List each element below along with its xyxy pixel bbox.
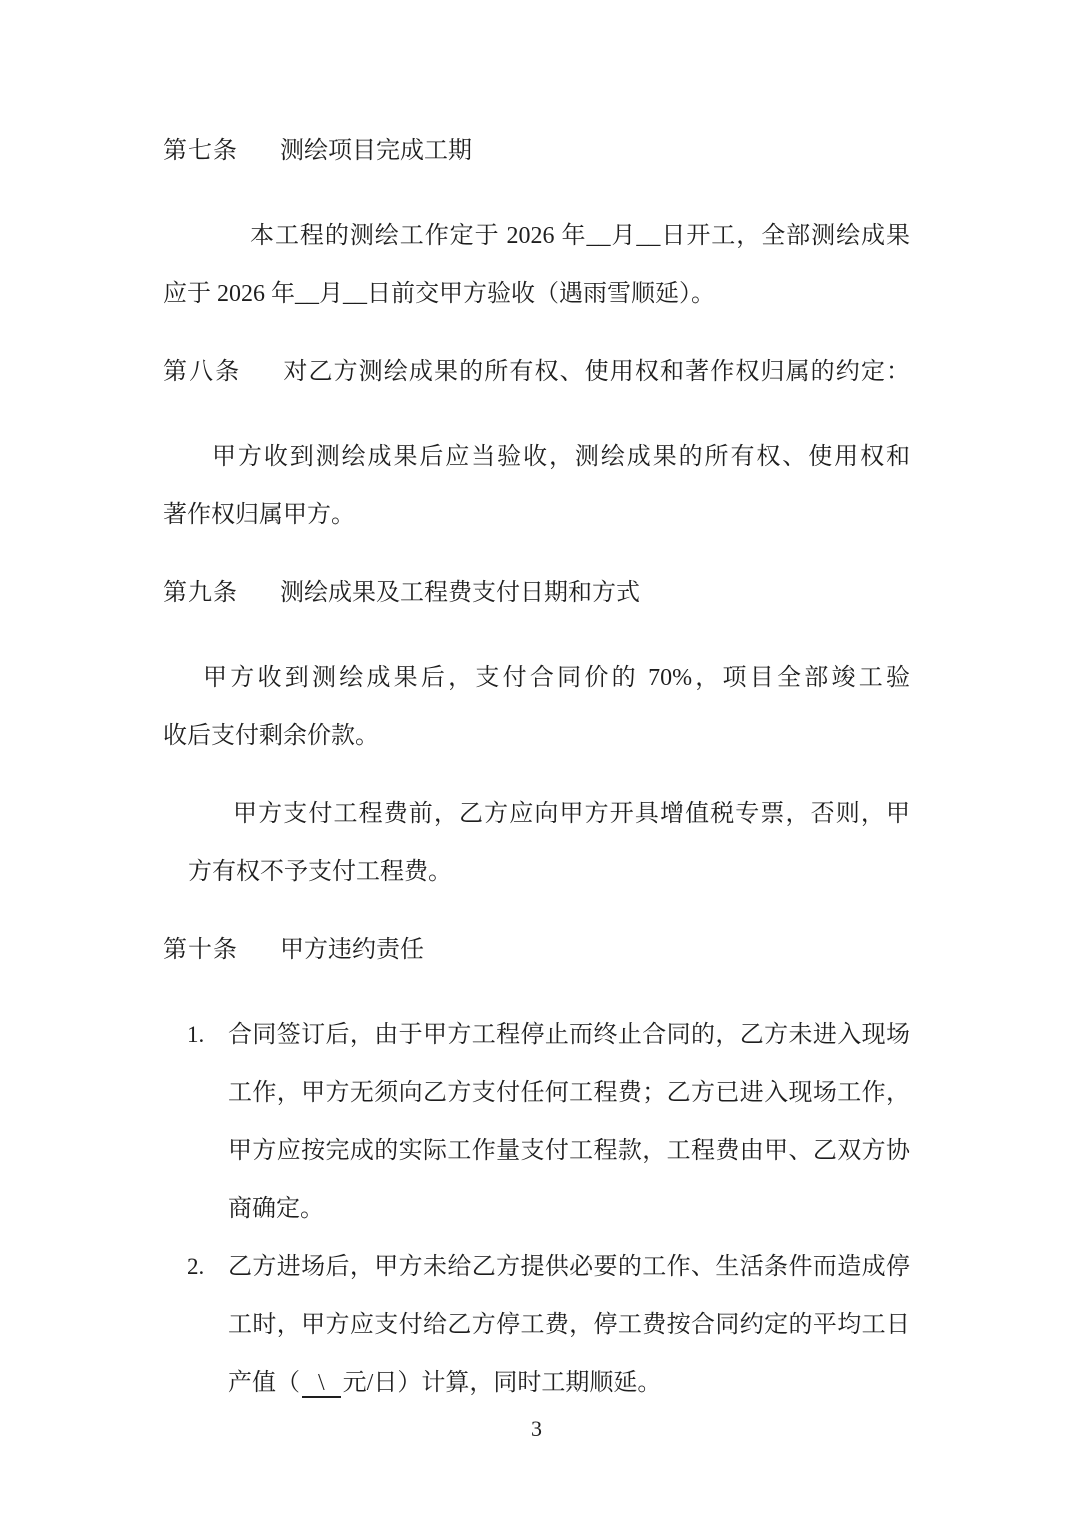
- blank-line-post: 元/日）计算，同时工期顺延。: [343, 1370, 662, 1396]
- article-7-heading: 第七条测绘项目完成工期: [163, 122, 910, 180]
- article-number: 第七条: [163, 138, 238, 164]
- article-number: 第八条: [163, 359, 241, 385]
- paragraph: 甲方支付工程费前，乙方应向甲方开具增值税专票，否则，甲 方有权不予支付工程费。: [163, 785, 910, 901]
- paragraph: 甲方收到测绘成果后应当验收，测绘成果的所有权、使用权和 著作权归属甲方。: [163, 428, 910, 544]
- article-10-heading: 第十条甲方违约责任: [163, 921, 910, 979]
- article-title: 对乙方测绘成果的所有权、使用权和著作权归属的约定：: [283, 359, 910, 385]
- paragraph: 甲方收到测绘成果后，支付合同价的 70%，项目全部竣工验 收后支付剩余价款。: [163, 649, 910, 765]
- paragraph-line: 方有权不予支付工程费。: [163, 843, 910, 901]
- page-number: 3: [163, 1414, 910, 1444]
- paragraph-line: 应于 2026 年__月__日前交甲方验收（遇雨雪顺延）。: [163, 265, 910, 323]
- article-title: 测绘成果及工程费支付日期和方式: [280, 580, 640, 606]
- paragraph-line: 甲方支付工程费前，乙方应向甲方开具增值税专票，否则，甲: [163, 785, 910, 843]
- paragraph: 本工程的测绘工作定于 2026 年__月__日开工，全部测绘成果 应于 2026…: [163, 207, 910, 323]
- list-item: 1. 合同签订后，由于甲方工程停止而终止合同的，乙方未进入现场 工作，甲方无须向…: [163, 1006, 910, 1238]
- document-page: 第七条测绘项目完成工期 本工程的测绘工作定于 2026 年__月__日开工，全部…: [0, 0, 1074, 1520]
- paragraph-line: 甲方收到测绘成果后，支付合同价的 70%，项目全部竣工验: [163, 649, 910, 707]
- article-number: 第十条: [163, 937, 238, 963]
- fill-in-blank: \: [302, 1370, 341, 1398]
- document-content: 第七条测绘项目完成工期 本工程的测绘工作定于 2026 年__月__日开工，全部…: [163, 0, 910, 1444]
- list-item-number: 1.: [187, 1006, 204, 1064]
- article-number: 第九条: [163, 580, 238, 606]
- paragraph-line: 商确定。: [228, 1180, 910, 1238]
- blank-line-pre: 产值（: [228, 1370, 300, 1396]
- paragraph-line: 本工程的测绘工作定于 2026 年__月__日开工，全部测绘成果: [163, 207, 910, 265]
- article-9-heading: 第九条测绘成果及工程费支付日期和方式: [163, 564, 910, 622]
- paragraph-line: 乙方进场后，甲方未给乙方提供必要的工作、生活条件而造成停: [228, 1238, 910, 1296]
- paragraph-line: 甲方应按完成的实际工作量支付工程款，工程费由甲、乙双方协: [228, 1122, 910, 1180]
- list-item: 2. 乙方进场后，甲方未给乙方提供必要的工作、生活条件而造成停 工时，甲方应支付…: [163, 1238, 910, 1412]
- article-title: 测绘项目完成工期: [280, 138, 472, 164]
- list-item-number: 2.: [187, 1238, 204, 1296]
- paragraph-line: 收后支付剩余价款。: [163, 707, 910, 765]
- paragraph-line: 产值（\元/日）计算，同时工期顺延。: [228, 1354, 910, 1412]
- paragraph-line: 工时，甲方应支付给乙方停工费，停工费按合同约定的平均工日: [228, 1296, 910, 1354]
- paragraph-line: 合同签订后，由于甲方工程停止而终止合同的，乙方未进入现场: [228, 1006, 910, 1064]
- article-title: 甲方违约责任: [280, 937, 424, 963]
- paragraph-line: 甲方收到测绘成果后应当验收，测绘成果的所有权、使用权和: [163, 428, 910, 486]
- paragraph-line: 著作权归属甲方。: [163, 486, 910, 544]
- article-8-heading: 第八条对乙方测绘成果的所有权、使用权和著作权归属的约定：: [163, 343, 910, 401]
- paragraph-line: 工作，甲方无须向乙方支付任何工程费；乙方已进入现场工作，: [228, 1064, 910, 1122]
